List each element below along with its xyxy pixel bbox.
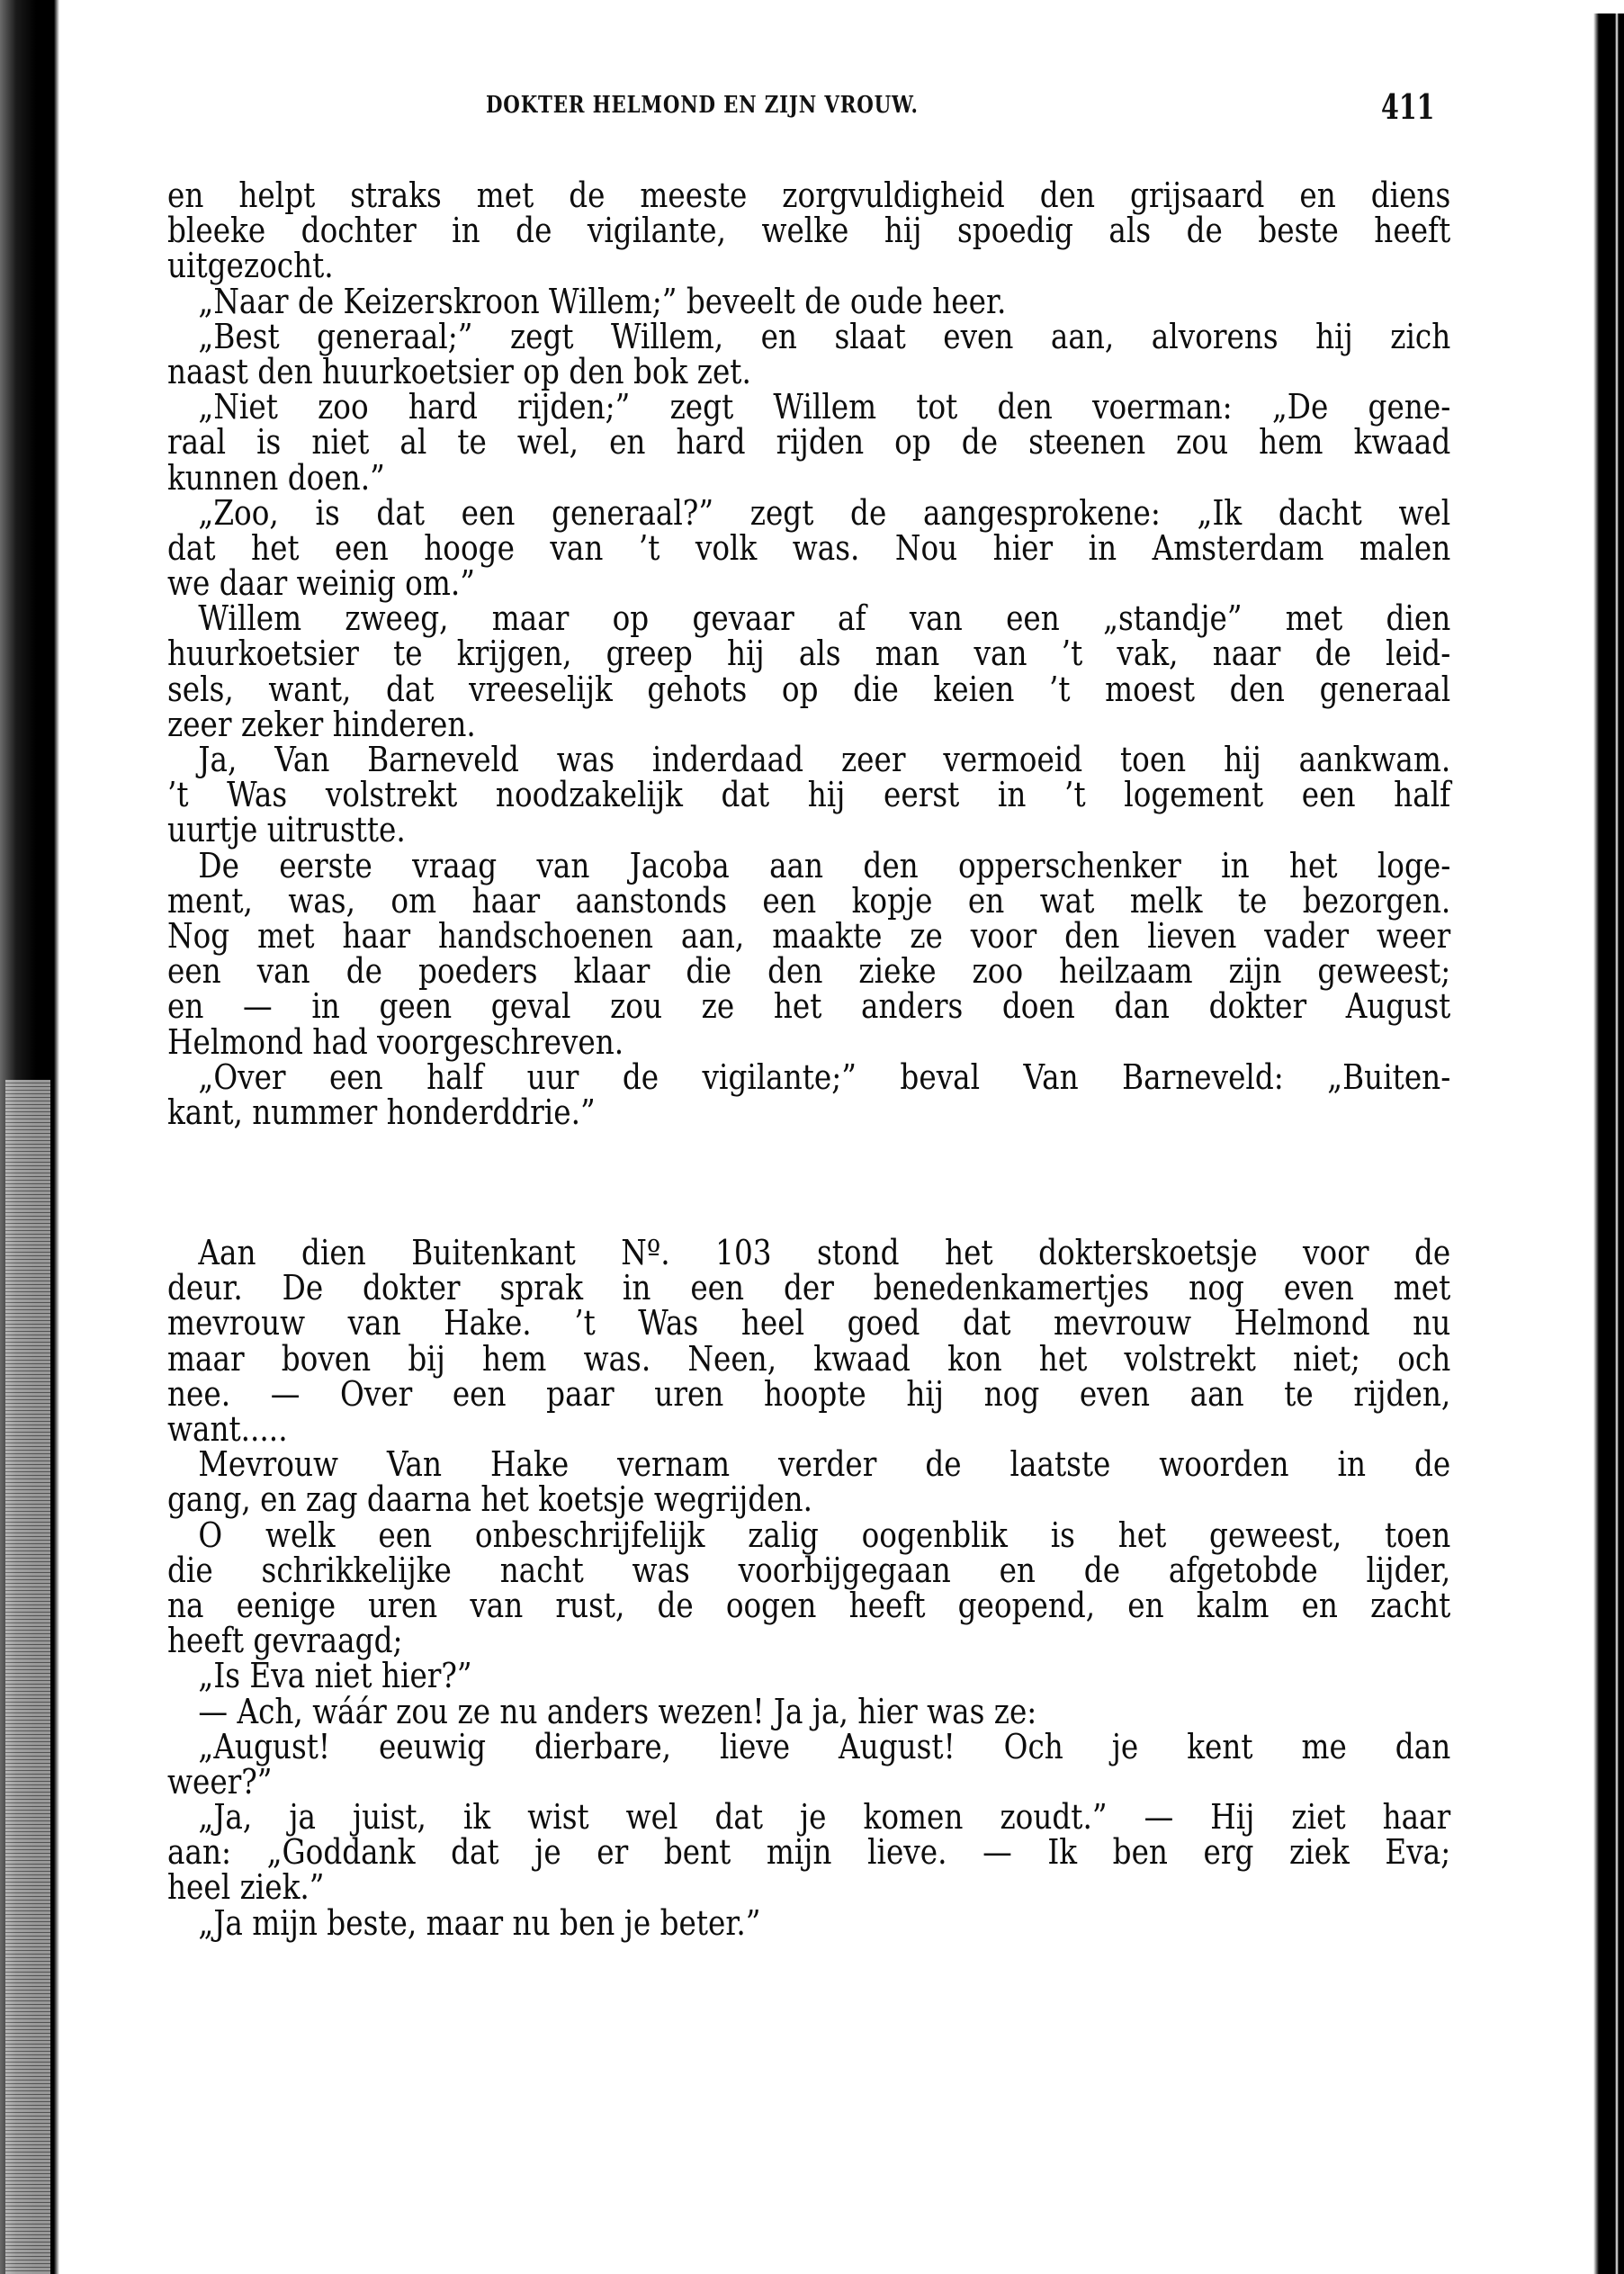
text-line: heel ziek.” bbox=[167, 1870, 1450, 1905]
text-line: „Ja, ja juist, ik wist wel dat je komen … bbox=[167, 1800, 1450, 1835]
text-line: kant, nummer honderddrie.” bbox=[167, 1095, 1450, 1130]
text-line: en — in geen geval zou ze het anders doe… bbox=[167, 989, 1450, 1024]
page-number: 411 bbox=[1381, 86, 1434, 127]
text-line: „Zoo, is dat een generaal?” zegt de aang… bbox=[167, 496, 1450, 531]
text-line: dat het een hooge van ’t volk was. Nou h… bbox=[167, 531, 1450, 566]
text-line: huurkoetsier te krijgen, greep hij als m… bbox=[167, 636, 1450, 671]
text-line: Mevrouw Van Hake vernam verder de laatst… bbox=[167, 1447, 1450, 1482]
text-line: De eerste vraag van Jacoba aan den opper… bbox=[167, 849, 1450, 884]
text-line: een van de poeders klaar die den zieke z… bbox=[167, 954, 1450, 989]
section-after-break: Aan dien Buitenkant Nº. 103 stond het do… bbox=[167, 1236, 1450, 1941]
scan-binding-edge-left bbox=[0, 0, 59, 2274]
running-title: DOKTER HELMOND EN ZIJN VROUW. bbox=[486, 92, 919, 119]
text-line: naast den huurkoetsier op den bok zet. bbox=[167, 355, 1450, 390]
text-line: nee. — Over een paar uren hoopte hij nog… bbox=[167, 1377, 1450, 1412]
text-line: O welk een onbeschrijfelijk zalig oogenb… bbox=[167, 1518, 1450, 1553]
scan-page-edge-right bbox=[1593, 13, 1624, 2274]
running-head: DOKTER HELMOND EN ZIJN VROUW. 411 bbox=[486, 86, 1440, 131]
text-line: ment, was, om haar aanstonds een kopje e… bbox=[167, 884, 1450, 919]
text-line: deur. De dokter sprak in een der beneden… bbox=[167, 1271, 1450, 1306]
text-line: mevrouw van Hake. ’t Was heel goed dat m… bbox=[167, 1306, 1450, 1341]
text-line: „August! eeuwig dierbare, lieve August! … bbox=[167, 1730, 1450, 1765]
text-line: „Ja mijn beste, maar nu ben je beter.” bbox=[167, 1906, 1450, 1941]
text-line: en helpt straks met de meeste zorgvuldig… bbox=[167, 178, 1450, 213]
text-line: we daar weinig om.” bbox=[167, 566, 1450, 601]
text-line: „Over een half uur de vigilante;” beval … bbox=[167, 1060, 1450, 1095]
text-line: want..... bbox=[167, 1412, 1450, 1447]
section-break bbox=[167, 1130, 1450, 1236]
text-line: gang, en zag daarna het koetsje wegrijde… bbox=[167, 1482, 1450, 1517]
text-line: Ja, Van Barneveld was inderdaad zeer ver… bbox=[167, 742, 1450, 777]
text-line: aan: „Goddank dat je er bent mijn lieve.… bbox=[167, 1835, 1450, 1870]
text-line: Willem zweeg, maar op gevaar af van een … bbox=[167, 601, 1450, 636]
book-page: DOKTER HELMOND EN ZIJN VROUW. 411 en hel… bbox=[0, 0, 1624, 2274]
text-line: die schrikkelijke nacht was voorbijgegaa… bbox=[167, 1553, 1450, 1588]
text-line: zeer zeker hinderen. bbox=[167, 707, 1450, 742]
text-line: maar boven bij hem was. Neen, kwaad kon … bbox=[167, 1342, 1450, 1377]
body-text: en helpt straks met de meeste zorgvuldig… bbox=[167, 178, 1450, 1941]
text-line: „Niet zoo hard rijden;” zegt Willem tot … bbox=[167, 390, 1450, 425]
text-line: — Ach, wáár zou ze nu anders wezen! Ja j… bbox=[167, 1694, 1450, 1730]
text-line: „Naar de Keizerskroon Willem;” beveelt d… bbox=[167, 284, 1450, 319]
text-line: kunnen doen.” bbox=[167, 461, 1450, 496]
text-line: ’t Was volstrekt noodzakelijk dat hij ee… bbox=[167, 777, 1450, 813]
text-line: bleeke dochter in de vigilante, welke hi… bbox=[167, 213, 1450, 248]
text-line: „Best generaal;” zegt Willem, en slaat e… bbox=[167, 319, 1450, 355]
text-line: Aan dien Buitenkant Nº. 103 stond het do… bbox=[167, 1236, 1450, 1271]
text-line: na eenige uren van rust, de oogen heeft … bbox=[167, 1588, 1450, 1623]
section-before-break: en helpt straks met de meeste zorgvuldig… bbox=[167, 178, 1450, 1130]
text-line: raal is niet al te wel, en hard rijden o… bbox=[167, 425, 1450, 460]
text-line: uurtje uitrustte. bbox=[167, 813, 1450, 848]
text-line: Nog met haar handschoenen aan, maakte ze… bbox=[167, 919, 1450, 954]
text-line: uitgezocht. bbox=[167, 248, 1450, 283]
text-line: Helmond had voorgeschreven. bbox=[167, 1025, 1450, 1060]
text-line: heeft gevraagd; bbox=[167, 1623, 1450, 1658]
text-line: sels, want, dat vreeselijk gehots op die… bbox=[167, 672, 1450, 707]
text-line: weer?” bbox=[167, 1765, 1450, 1800]
text-line: „Is Eva niet hier?” bbox=[167, 1658, 1450, 1694]
